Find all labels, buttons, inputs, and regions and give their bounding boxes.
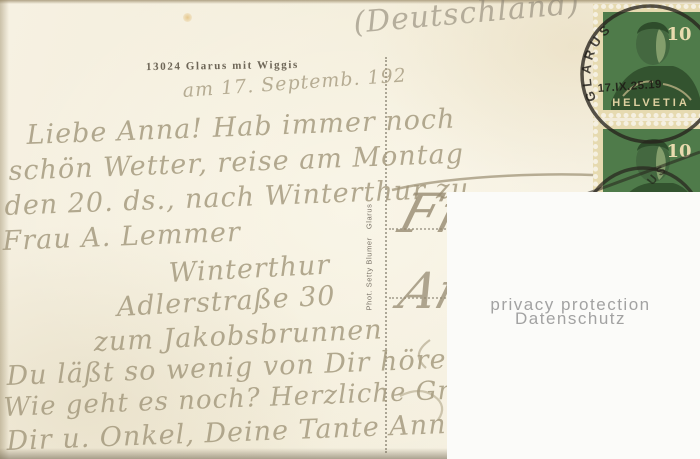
photographer-credit: Phot. Setty Blumer Glarus bbox=[365, 203, 374, 310]
privacy-watermark: privacy protection Datenschutz bbox=[447, 298, 694, 326]
paper-stain bbox=[183, 13, 192, 22]
message-line: Adlerstraße 30 bbox=[116, 281, 336, 323]
country-note: (Deutschland) bbox=[352, 0, 581, 41]
address-line-dotted bbox=[389, 297, 446, 299]
message-line: Frau A. Lemmer bbox=[2, 217, 241, 257]
postage-stamp: 10 HELVETIA bbox=[593, 4, 700, 118]
address-line-dotted bbox=[389, 228, 446, 230]
stamp-denomination: 10 bbox=[666, 141, 691, 162]
privacy-overlay: privacy protection Datenschutz bbox=[447, 192, 700, 459]
stamp-denomination: 10 bbox=[666, 24, 691, 45]
stamp-country-label: HELVETIA bbox=[612, 97, 690, 109]
privacy-watermark-line2: Datenschutz bbox=[447, 312, 694, 326]
postcard-caption: 13024 Glarus mit Wiggis bbox=[146, 59, 299, 73]
postcard-back: 13024 Glarus mit Wiggis Phot. Setty Blum… bbox=[0, 0, 700, 459]
